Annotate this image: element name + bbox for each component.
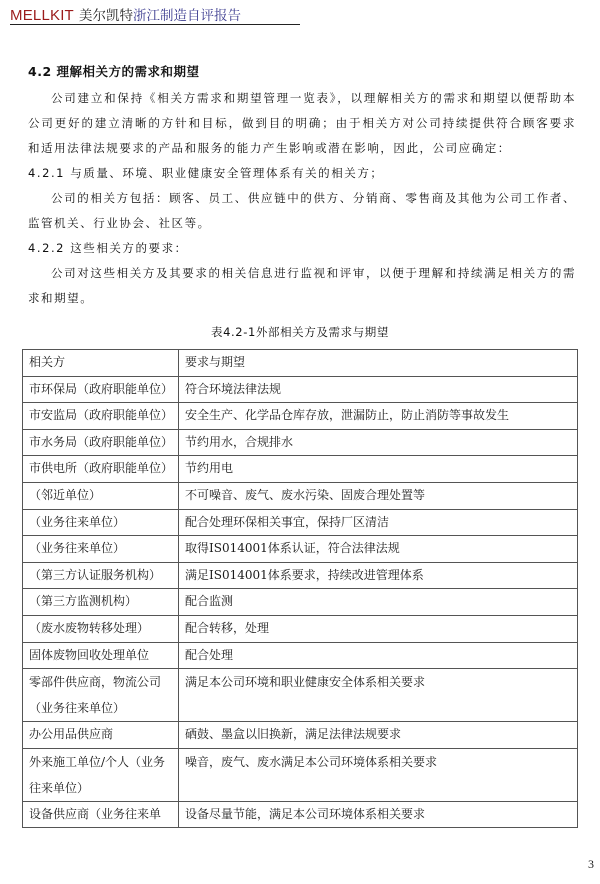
page-number: 3 xyxy=(588,857,594,872)
column-header-party: 相关方 xyxy=(23,350,179,377)
cell-party: 设备供应商（业务往来单 xyxy=(23,801,179,828)
table-row: （业务往来单位） 配合处理环保相关事宜，保持厂区清洁 xyxy=(23,509,578,536)
table-row: （第三方认证服务机构） 满足IS014001体系要求，持续改进管理体系 xyxy=(23,562,578,589)
table-row: （业务往来单位） 取得IS014001体系认证，符合法律法规 xyxy=(23,536,578,563)
cell-requirement: 不可噪音、废气、废水污染、固废合理处置等 xyxy=(179,482,578,509)
cell-party: 市安监局（政府职能单位） xyxy=(23,403,179,430)
cell-requirement: 取得IS014001体系认证，符合法律法规 xyxy=(179,536,578,563)
section-heading: 4.2 理解相关方的需求和期望 xyxy=(28,62,200,80)
page-header: MELLKIT 美尔凯特浙江制造自评报告 xyxy=(10,4,300,25)
cell-requirement: 噪音，废气、废水满足本公司环境体系相关要求 xyxy=(179,748,578,801)
cell-party: （业务往来单位） xyxy=(23,536,179,563)
cell-party: 外来施工单位/个人（业务往来单位） xyxy=(23,748,179,801)
company-name: 美尔凯特 xyxy=(79,8,133,24)
table-row: 市安监局（政府职能单位） 安全生产、化学品仓库存放，泄漏防止，防止消防等事故发生 xyxy=(23,403,578,430)
table-row: 市供电所（政府职能单位） 节约用电 xyxy=(23,456,578,483)
cell-party: 办公用品供应商 xyxy=(23,722,179,749)
table-row: （邻近单位） 不可噪音、废气、废水污染、固废合理处置等 xyxy=(23,482,578,509)
report-title: 浙江制造自评报告 xyxy=(133,8,241,24)
cell-requirement: 满足本公司环境和职业健康安全体系相关要求 xyxy=(179,669,578,722)
cell-requirement: 配合监测 xyxy=(179,589,578,616)
cell-requirement: 设备尽量节能，满足本公司环境体系相关要求 xyxy=(179,801,578,828)
cell-requirement: 安全生产、化学品仓库存放，泄漏防止，防止消防等事故发生 xyxy=(179,403,578,430)
cell-party: 固体废物回收处理单位 xyxy=(23,642,179,669)
paragraph-monitoring: 公司对这些相关方及其要求的相关信息进行监视和评审，以便于理解和持续满足相关方的需… xyxy=(28,261,576,311)
paragraph-intro: 公司建立和保持《相关方需求和期望管理一览表》，以理解相关方的需求和期望以便帮助本… xyxy=(28,86,576,161)
cell-party: （第三方监测机构） xyxy=(23,589,179,616)
cell-requirement: 满足IS014001体系要求，持续改进管理体系 xyxy=(179,562,578,589)
table-row: 办公用品供应商 硒鼓、墨盒以旧换新，满足法律法规要求 xyxy=(23,722,578,749)
cell-party: 市水务局（政府职能单位） xyxy=(23,429,179,456)
cell-party: （业务往来单位） xyxy=(23,509,179,536)
column-header-requirement: 要求与期望 xyxy=(179,350,578,377)
table-row: 市环保局（政府职能单位） 符合环境法律法规 xyxy=(23,376,578,403)
cell-requirement: 符合环境法律法规 xyxy=(179,376,578,403)
cell-party: （邻近单位） xyxy=(23,482,179,509)
table-row: 零部件供应商，物流公司（业务往来单位） 满足本公司环境和职业健康安全体系相关要求 xyxy=(23,669,578,722)
table-row: （废水废物转移处理） 配合转移，处理 xyxy=(23,615,578,642)
cell-requirement: 节约用水，合规排水 xyxy=(179,429,578,456)
stakeholder-table: 相关方 要求与期望 市环保局（政府职能单位） 符合环境法律法规 市安监局（政府职… xyxy=(22,349,578,828)
table-row: 固体废物回收处理单位 配合处理 xyxy=(23,642,578,669)
table-row: 市水务局（政府职能单位） 节约用水，合规排水 xyxy=(23,429,578,456)
cell-requirement: 硒鼓、墨盒以旧换新，满足法律法规要求 xyxy=(179,722,578,749)
table-row: 设备供应商（业务往来单 设备尽量节能，满足本公司环境体系相关要求 xyxy=(23,801,578,828)
cell-requirement: 节约用电 xyxy=(179,456,578,483)
cell-party: 零部件供应商，物流公司（业务往来单位） xyxy=(23,669,179,722)
brand-logo-text: MELLKIT xyxy=(10,7,74,24)
cell-party: （第三方认证服务机构） xyxy=(23,562,179,589)
cell-party: （废水废物转移处理） xyxy=(23,615,179,642)
cell-party: 市供电所（政府职能单位） xyxy=(23,456,179,483)
table-caption: 表4.2-1外部相关方及需求与期望 xyxy=(0,324,600,340)
cell-requirement: 配合处理 xyxy=(179,642,578,669)
paragraph-parties: 公司的相关方包括：顾客、员工、供应链中的供方、分销商、零售商及其他为公司工作者、… xyxy=(28,186,576,236)
cell-party: 市环保局（政府职能单位） xyxy=(23,376,179,403)
subsection-heading-4-2-2: 4.2.2 这些相关方的要求： xyxy=(28,236,576,261)
table-header-row: 相关方 要求与期望 xyxy=(23,350,578,377)
cell-requirement: 配合处理环保相关事宜，保持厂区清洁 xyxy=(179,509,578,536)
subsection-heading-4-2-1: 4.2.1 与质量、环境、职业健康安全管理体系有关的相关方； xyxy=(28,161,576,186)
table-row: （第三方监测机构） 配合监测 xyxy=(23,589,578,616)
table-row: 外来施工单位/个人（业务往来单位） 噪音，废气、废水满足本公司环境体系相关要求 xyxy=(23,748,578,801)
cell-requirement: 配合转移，处理 xyxy=(179,615,578,642)
